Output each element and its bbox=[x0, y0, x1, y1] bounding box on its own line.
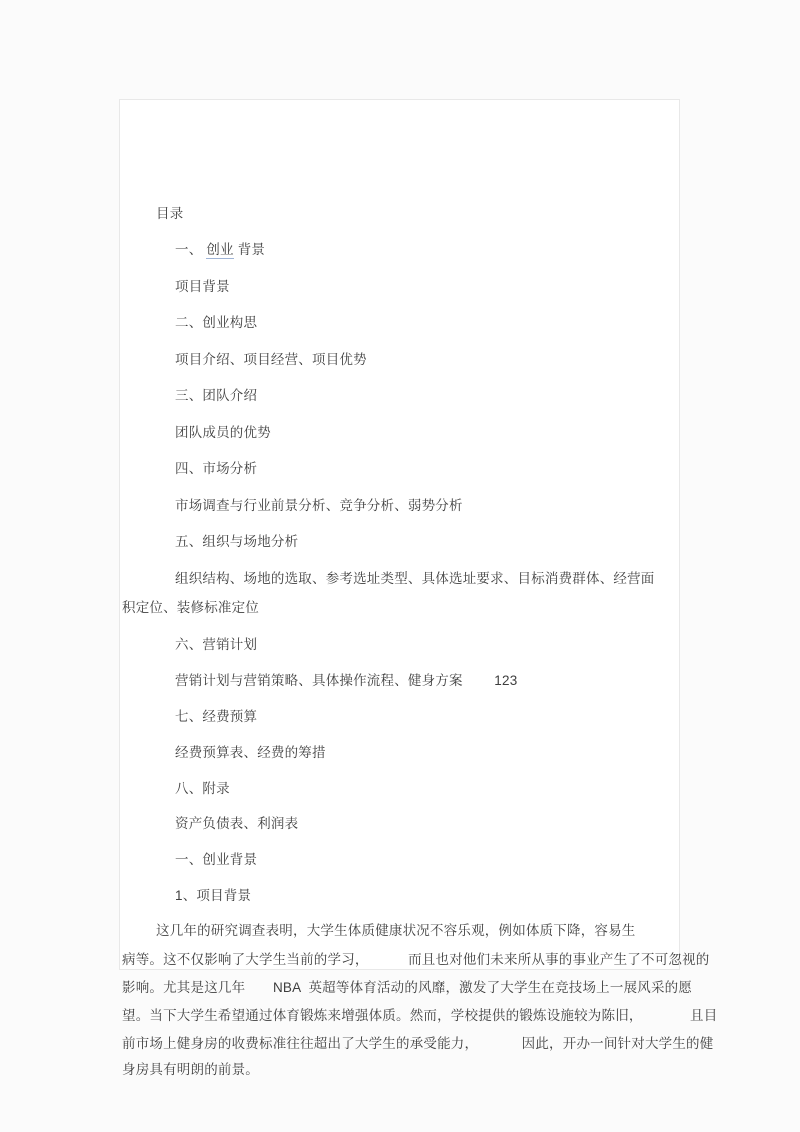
toc-entry-1: 一、 创业 背景 bbox=[120, 240, 265, 260]
sub-heading: 1、项目背景 bbox=[120, 886, 251, 906]
toc-heading: 目录 bbox=[120, 204, 183, 224]
toc-entry: 资产负债表、利润表 bbox=[120, 814, 298, 834]
toc-entry: 市场调查与行业前景分析、竞争分析、弱势分析 bbox=[120, 496, 463, 516]
toc-entry: 三、团队介绍 bbox=[120, 386, 257, 406]
toc-entry: 项目背景 bbox=[120, 277, 230, 297]
toc-entry: 组织结构、场地的选取、参考选址类型、具体选址要求、目标消费群体、经营面 bbox=[120, 569, 655, 589]
toc-entry-1-suffix: 背景 bbox=[234, 242, 265, 257]
paragraph-line: 病等。这不仅影响了大学生当前的学习， 而且也对他们未来所从事的事业产生了不可忽视… bbox=[120, 950, 710, 970]
document-page: 目录 一、 创业 背景 项目背景 二、创业构思 项目介绍、项目经营、项目优势 三… bbox=[119, 99, 680, 970]
toc-entry: 团队成员的优势 bbox=[120, 423, 271, 443]
toc-entry: 六、营销计划 bbox=[120, 635, 257, 655]
toc-entry: 项目介绍、项目经营、项目优势 bbox=[120, 350, 367, 370]
toc-entry: 七、经费预算 bbox=[120, 707, 257, 727]
toc-entry-wrapped: 积定位、装修标准定位 bbox=[120, 598, 259, 618]
toc-entry: 二、创业构思 bbox=[120, 313, 257, 333]
paragraph-line: 望。当下大学生希望通过体育锻炼来增强体质。然而，学校提供的锻炼设施较为陈旧， 且… bbox=[120, 1006, 717, 1026]
toc-entry: 四、市场分析 bbox=[120, 459, 257, 479]
toc-entry: 经费预算表、经费的筹措 bbox=[120, 743, 326, 763]
paragraph-line: 影响。尤其是这几年 NBA 英超等体育活动的风靡，激发了大学生在竞技场上一展风采… bbox=[120, 978, 692, 998]
section-heading: 一、创业背景 bbox=[120, 850, 257, 870]
toc-entry-1-prefix: 一、 bbox=[175, 242, 206, 257]
toc-entry: 五、组织与场地分析 bbox=[120, 532, 298, 552]
underlined-term: 创业 bbox=[206, 242, 233, 259]
toc-entry: 八、附录 bbox=[120, 779, 230, 799]
paragraph-line: 身房具有明朗的前景。 bbox=[120, 1060, 259, 1080]
document-canvas: { "ui": { "outer_background": "#fbfbfb",… bbox=[0, 0, 800, 1132]
paragraph-line: 这几年的研究调查表明，大学生体质健康状况不容乐观，例如体质下降，容易生 bbox=[120, 921, 636, 941]
toc-entry: 营销计划与营销策略、具体操作流程、健身方案 123 bbox=[120, 671, 517, 691]
paragraph-line: 前市场上健身房的收费标准往往超出了大学生的承受能力， 因此，开办一间针对大学生的… bbox=[120, 1034, 713, 1054]
